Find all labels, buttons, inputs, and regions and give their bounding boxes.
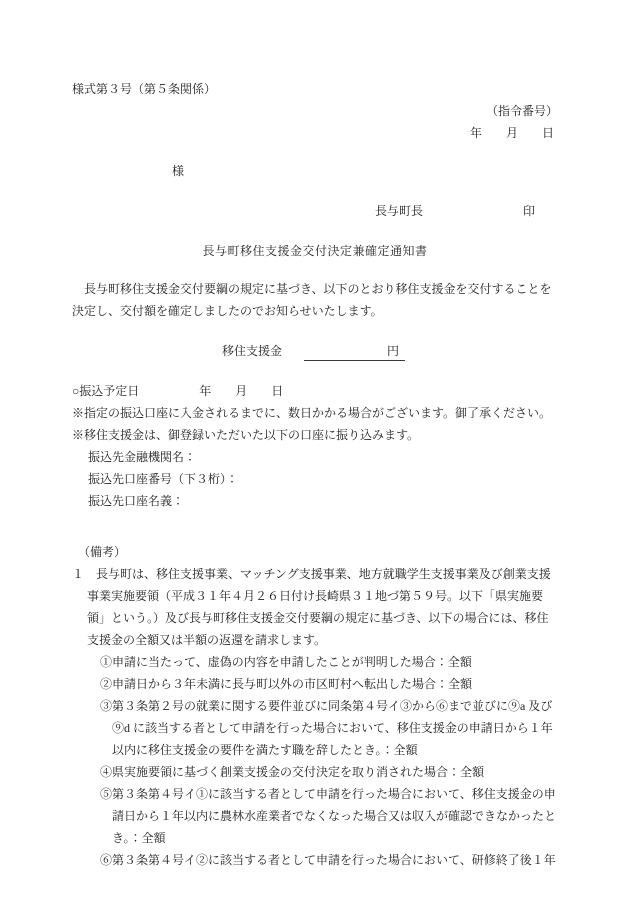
remarks-subitem-5: ⑤第３条第４号イ①に該当する者として申請を行った場合において、移住支援金の申請日… xyxy=(100,783,558,849)
bank-institution-field: 振込先金融機関名： xyxy=(72,446,558,468)
bank-account-holder-field: 振込先口座名義： xyxy=(72,490,558,512)
amount-unit: 円 xyxy=(387,344,399,358)
seal-mark: 印 xyxy=(523,204,535,218)
remarks-subitem-4: ④県実施要領に基づく創業支援金の交付決定を取り消された場合：全額 xyxy=(100,761,558,783)
remarks-item-text: 長与町は、移住支援事業、マッチング支援事業、地方就職学生支援事業及び創業支援事業… xyxy=(84,567,551,647)
transfer-section: ○振込予定日 年 月 日 ※指定の振込口座に入金されるまでに、数日かかる場合がご… xyxy=(72,380,558,512)
transfer-date-line: ○振込予定日 年 月 日 xyxy=(72,380,558,402)
addressee-line: 様 xyxy=(72,160,558,182)
form-number: 様式第３号（第５条関係） xyxy=(72,78,558,100)
remarks-subitem-3: ③第３条第２号の就業に関する要件並びに同条第４号イ③から⑥まで並びに⑨a 及び⑨… xyxy=(100,695,558,761)
remarks-item-1: １ 長与町は、移住支援事業、マッチング支援事業、地方就職学生支援事業及び創業支援… xyxy=(72,563,558,651)
document-page: 様式第３号（第５条関係） （指令番号） 年 月 日 様 長与町長印 長与町移住支… xyxy=(0,0,630,903)
amount-line: 移住支援金円 xyxy=(72,340,558,362)
sender-line: 長与町長印 xyxy=(72,200,558,222)
note-deposit-delay: ※指定の振込口座に入金されるまでに、数日かかる場合がございます。御了承ください。 xyxy=(72,402,558,424)
addressee-suffix: 様 xyxy=(172,164,184,178)
body-paragraph: 長与町移住支援金交付要綱の規定に基づき、以下のとおり移住支援金を交付することを決… xyxy=(72,278,558,322)
remarks-subitem-1: ①申請に当たって、虚偽の内容を申請したことが判明した場合：全額 xyxy=(100,651,558,673)
date-line: 年 月 日 xyxy=(72,122,558,144)
remarks-subitem-2: ②申請日から３年未満に長与町以外の市区町村へ転出した場合：全額 xyxy=(100,673,558,695)
sender-name: 長与町長 xyxy=(375,204,423,218)
remarks-heading: （備考） xyxy=(72,541,558,563)
document-title: 長与町移住支援金交付決定兼確定通知書 xyxy=(72,240,558,262)
amount-blank-underline: 円 xyxy=(304,342,405,361)
amount-label: 移住支援金 xyxy=(222,344,282,358)
remarks-subitem-6: ⑥第３条第４号イ②に該当する者として申請を行った場合において、研修終了後１年 xyxy=(100,849,558,871)
bank-account-number-field: 振込先口座番号（下３桁）： xyxy=(72,468,558,490)
note-registered-account: ※移住支援金は、御登録いただいた以下の口座に振り込みます。 xyxy=(72,424,558,446)
remarks-item-number: １ xyxy=(72,567,84,581)
directive-number: （指令番号） xyxy=(72,100,558,122)
